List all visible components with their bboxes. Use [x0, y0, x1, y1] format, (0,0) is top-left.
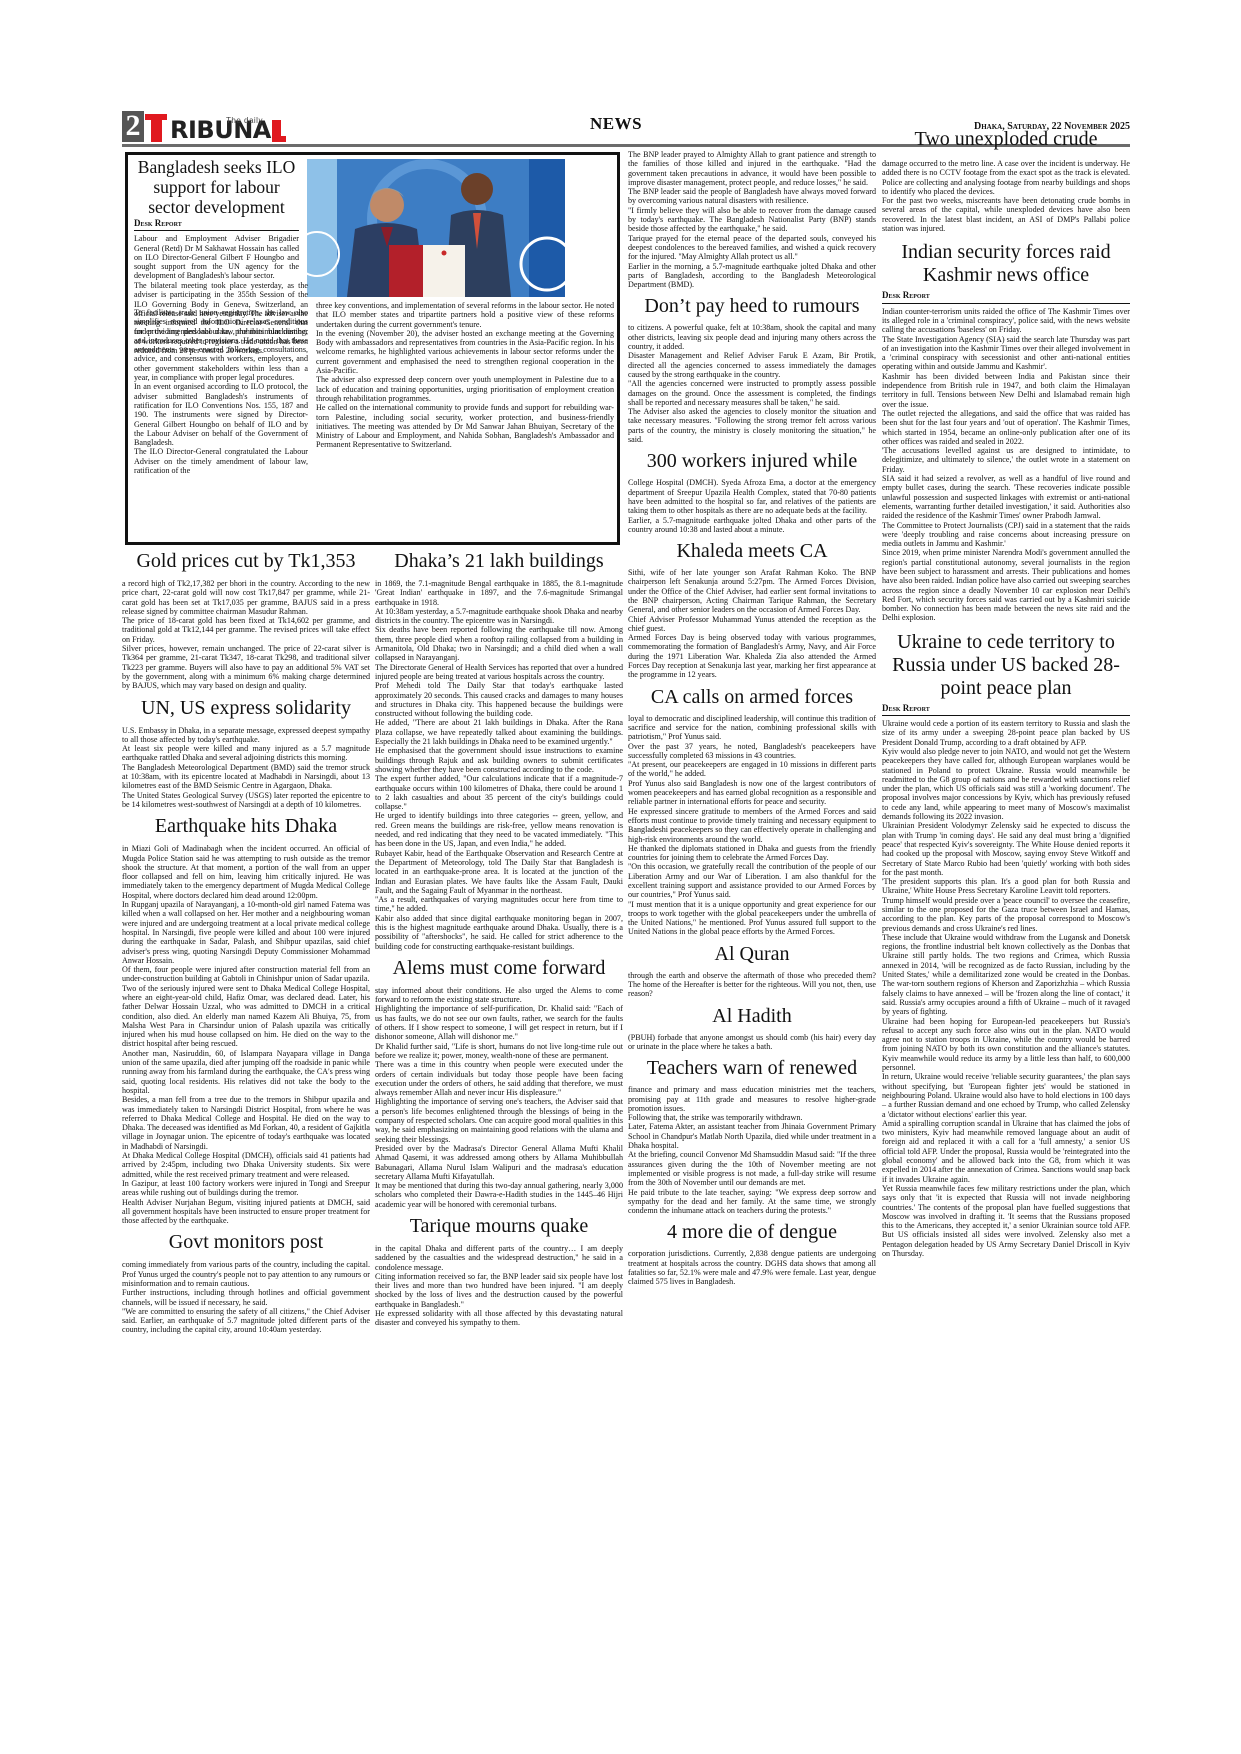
headline: Teachers warn of renewed — [628, 1057, 876, 1080]
paragraph: He paid tribute to the late teacher, say… — [628, 1188, 876, 1216]
paragraph: U.S. Embassy in Dhaka, in a separate mes… — [122, 726, 370, 745]
paragraph: Ukraine had been hoping for European-led… — [882, 1017, 1130, 1073]
paragraph: "All the agencies concerned were instruc… — [628, 379, 876, 407]
headline: Don’t pay heed to rumours — [628, 295, 876, 318]
paragraph: Presided over by the Madrasa's Director … — [375, 1144, 623, 1181]
paragraph: Prof Mehedi told The Daily Star that tod… — [375, 681, 623, 718]
paragraph: At 10:38am yesterday, a 5.7-magnitude ea… — [375, 607, 623, 626]
paragraph: Two of the seriously injured were sent t… — [122, 984, 370, 1049]
paragraph: Kyiv would also pledge never to join NAT… — [882, 747, 1130, 821]
paragraph: He added, "There are about 21 lakh build… — [375, 718, 623, 746]
paragraph: Of them, four people were injured after … — [122, 965, 370, 984]
logo-t-glyph — [151, 114, 162, 142]
paragraph: "I firmly believe they will also be able… — [628, 206, 876, 234]
paragraph: Besides, a man fell from a tree due to t… — [122, 1095, 370, 1151]
paragraph: Later, Fatema Akter, an assistant teache… — [628, 1122, 876, 1150]
headline: 4 more die of dengue — [628, 1221, 876, 1244]
paragraph: finance and primary and mass education m… — [628, 1085, 876, 1113]
paragraph: Six deaths have been reported following … — [375, 625, 623, 662]
paragraph: 'The president supports this plan. It's … — [882, 877, 1130, 896]
paragraph: Kabir also added that since digital eart… — [375, 914, 623, 951]
paragraph: Sithi, wife of her late younger son Araf… — [628, 568, 876, 614]
paragraph: Earlier, a 5.7-magnitude earthquake jolt… — [628, 516, 876, 535]
paragraph: There was a time in this country when pe… — [375, 1060, 623, 1097]
paragraph: SIA said it had seized a revolver, as we… — [882, 474, 1130, 520]
paragraph: Following that, the strike was temporari… — [628, 1113, 876, 1122]
column-4: Two unexploded crude damage occurred to … — [882, 128, 1130, 1258]
paragraph: (PBUH) forbade that anyone amongst us sh… — [628, 1033, 876, 1052]
paragraph: The Bangladesh Meteorological Department… — [122, 763, 370, 791]
article-photo — [307, 159, 565, 297]
headline: Ukraine to cede territory to Russia unde… — [882, 631, 1130, 700]
paragraph: The Adviser also asked the agencies to c… — [628, 407, 876, 444]
paragraph: He thanked the diplomats stationed in Dh… — [628, 844, 876, 863]
byline: Desk Report — [134, 219, 299, 231]
paragraph: The State Investigation Agency (SIA) sai… — [882, 335, 1130, 372]
paragraph: coming immediately from various parts of… — [122, 1260, 370, 1288]
paragraph: a record high of Tk2,17,382 per bhori in… — [122, 579, 370, 616]
paragraph: Highlighting the importance of self-puri… — [375, 1004, 623, 1041]
paragraph: At Dhaka Medical College Hospital (DMCH)… — [122, 1151, 370, 1179]
paragraph: The adviser also expressed deep concern … — [316, 375, 614, 403]
tribunal-logo[interactable]: 2 The daily RIBUNA — [122, 110, 281, 142]
newspaper-page: 2 The daily RIBUNA NEWS Dhaka, Saturday,… — [122, 104, 1130, 1714]
paragraph: Labour and Employment Adviser Brigadier … — [134, 234, 299, 280]
paragraph: Tarique prayed for the eternal peace of … — [628, 234, 876, 262]
headline: Alems must come forward — [375, 957, 623, 980]
paragraph: in 1869, the 7.1-magnitude Bengal earthq… — [375, 579, 623, 607]
paragraph: Highlighting the importance of serving o… — [375, 1097, 623, 1143]
headline: Khaleda meets CA — [628, 540, 876, 563]
headline: Dhaka’s 21 lakh buildings — [375, 550, 623, 573]
paragraph: The Committee to Protect Journalists (CP… — [882, 521, 1130, 549]
paragraph: The Directorate General of Health Servic… — [375, 663, 623, 682]
paragraph: The United States Geological Survey (USG… — [122, 791, 370, 810]
logo-tagline: The daily — [226, 109, 263, 133]
paragraph: corporation jurisdictions. Currently, 2,… — [628, 1249, 876, 1286]
paragraph: He expressed sincere gratitude to member… — [628, 807, 876, 844]
headline: Bangladesh seeks ILO support for labour … — [134, 157, 299, 217]
paragraph: stay informed about their conditions. He… — [375, 986, 623, 1005]
paragraph: For the past two weeks, miscreants have … — [882, 196, 1130, 233]
paragraph: Silver prices, however, remain unchanged… — [122, 644, 370, 690]
paragraph: He emphasised that the government should… — [375, 746, 623, 774]
headline: Two unexploded crude — [882, 128, 1130, 151]
paragraph: 'The accusations levelled against us are… — [882, 446, 1130, 474]
paragraph: The expert further added, "Our calculati… — [375, 774, 623, 811]
column-3: The BNP leader prayed to Almighty Allah … — [628, 150, 876, 1287]
paragraph: He expressed solidarity with all those a… — [375, 1309, 623, 1328]
page-number: 2 — [122, 111, 144, 142]
paragraph: It may be mentioned that during this two… — [375, 1181, 623, 1209]
paragraph: Health Adviser Nurjahan Begum, visiting … — [122, 1198, 370, 1226]
paragraph: In an event organised according to ILO p… — [134, 382, 308, 447]
paragraph: Further instructions, including through … — [122, 1288, 370, 1307]
paragraph: To facilitate trade union registration, … — [134, 308, 308, 382]
paragraph: Earlier in the morning, a 5.7-magnitude … — [628, 262, 876, 290]
paragraph: Another man, Nasiruddin, 60, of Islampar… — [122, 1049, 370, 1095]
paragraph: Indian counter-terrorism units raided th… — [882, 307, 1130, 335]
headline: Gold prices cut by Tk1,353 — [122, 550, 370, 573]
paragraph: Amid a spiralling corruption scandal in … — [882, 1119, 1130, 1184]
paragraph: These include that Ukraine would withdra… — [882, 933, 1130, 1017]
paragraph: The ILO Director-General congratulated t… — [134, 447, 308, 475]
headline: 300 workers injured while — [628, 450, 876, 473]
headline: Indian security forces raid Kashmir news… — [882, 241, 1130, 287]
paragraph: Chief Adviser Professor Muhammad Yunus a… — [628, 615, 876, 634]
paragraph: Ukrainian President Volodymyr Zelensky s… — [882, 821, 1130, 877]
paragraph: At least six people were killed and many… — [122, 744, 370, 763]
headline: UN, US express solidarity — [122, 697, 370, 720]
paragraph: The price of 18-carat gold has been fixe… — [122, 616, 370, 644]
headline: Govt monitors post — [122, 1231, 370, 1254]
paragraph: Over the past 37 years, he noted, Bangla… — [628, 742, 876, 761]
photo-illustration — [307, 159, 565, 297]
paragraph: damage occurred to the metro line. A cas… — [882, 159, 1130, 196]
paragraph: Trump himself would preside over a 'peac… — [882, 896, 1130, 933]
byline: Desk Report — [882, 704, 1130, 716]
paragraph: The outlet rejected the allegations, and… — [882, 409, 1130, 446]
paragraph: College Hospital (DMCH). Syeda Afroza Em… — [628, 478, 876, 515]
paragraph: to citizens. A powerful quake, felt at 1… — [628, 323, 876, 351]
logo-l-glyph — [272, 120, 281, 142]
paragraph: He urged to identify buildings into thre… — [375, 811, 623, 848]
byline: Desk Report — [882, 291, 1130, 303]
paragraph: "On this occasion, we gratefully recall … — [628, 862, 876, 899]
headline: Earthquake hits Dhaka — [122, 815, 370, 838]
paragraph: three key conventions, and implementatio… — [316, 301, 614, 329]
paragraph: through the earth and observe the afterm… — [628, 971, 876, 999]
paragraph: Armed Forces Day is being observed today… — [628, 633, 876, 679]
paragraph: "As a result, earthquakes of varying mag… — [375, 895, 623, 914]
paragraph: Yet Russia meanwhile faces few military … — [882, 1184, 1130, 1258]
paragraph: At the briefing, council Convenor Md Sha… — [628, 1150, 876, 1187]
headline: Al Hadith — [628, 1005, 876, 1028]
column-1: Gold prices cut by Tk1,353 a record high… — [122, 550, 370, 1335]
headline: Al Quran — [628, 943, 876, 966]
paragraph: In Gazipur, at least 100 factory workers… — [122, 1179, 370, 1198]
paragraph: Citing information received so far, the … — [375, 1272, 623, 1309]
headline: Tarique mourns quake — [375, 1215, 623, 1238]
paragraph: The BNP leader said the people of Bangla… — [628, 187, 876, 206]
paragraph: Prof Yunus also said Bangladesh is now o… — [628, 779, 876, 807]
paragraph: Since 2019, when prime minister Narendra… — [882, 548, 1130, 622]
headline: CA calls on armed forces — [628, 686, 876, 709]
paragraph: Ukraine would cede a portion of its east… — [882, 719, 1130, 747]
paragraph: "We are committed to ensuring the safety… — [122, 1307, 370, 1335]
paragraph: Disaster Management and Relief Adviser F… — [628, 351, 876, 379]
paragraph: In Rupganj upazila of Narayanganj, a 10-… — [122, 900, 370, 965]
paragraph: in the capital Dhaka and different parts… — [375, 1244, 623, 1272]
paragraph: in Miazi Goli of Madinabagh when the inc… — [122, 844, 370, 900]
paragraph: Kashmir has been divided between India a… — [882, 372, 1130, 409]
paragraph: In the evening (November 20), the advise… — [316, 329, 614, 375]
paragraph: loyal to democratic and disciplined lead… — [628, 714, 876, 742]
section-title: NEWS — [590, 114, 642, 134]
paragraph: In return, Ukraine would receive 'reliab… — [882, 1072, 1130, 1118]
column-2: Dhaka’s 21 lakh buildings in 1869, the 7… — [375, 550, 623, 1328]
paragraph: Rubayet Kabir, head of the Earthquake Ob… — [375, 849, 623, 895]
paragraph: The BNP leader prayed to Almighty Allah … — [628, 150, 876, 187]
paragraph: "I must mention that it is a unique oppo… — [628, 900, 876, 937]
paragraph: Dr Khalid further said, "Life is short, … — [375, 1042, 623, 1061]
paragraph: "At present, our peacekeepers are engage… — [628, 760, 876, 779]
feature-article-ilo: Bangladesh seeks ILO support for labour … — [125, 152, 620, 545]
paragraph: He called on the international community… — [316, 403, 614, 449]
